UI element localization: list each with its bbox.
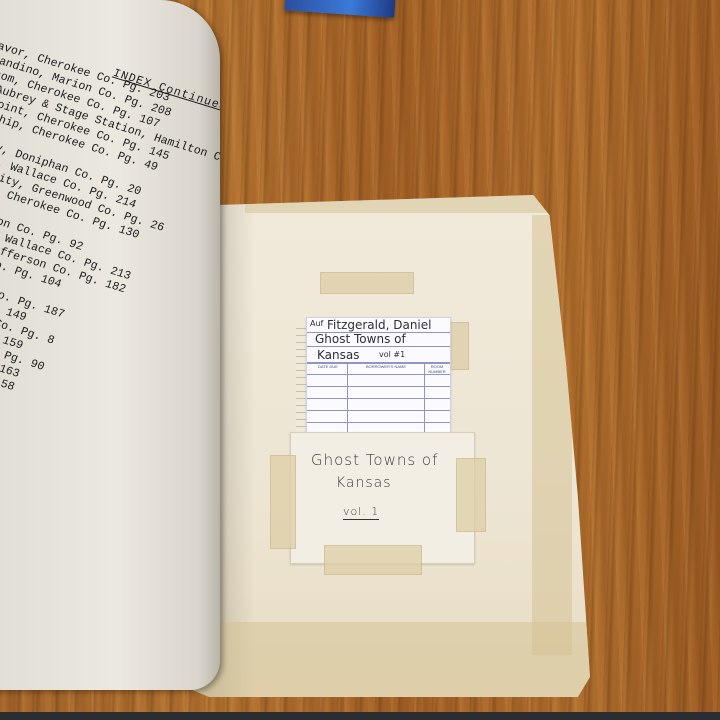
index-text: INDEX Continued avor, Cherokee Co. Pg. 2… [0, 40, 220, 690]
card-rule [307, 398, 450, 399]
table-edge [0, 712, 720, 720]
col-date-due: DATE DUE [311, 364, 345, 369]
tape-pocket-right [456, 458, 486, 532]
card-rule [307, 422, 450, 423]
index-page: INDEX Continued avor, Cherokee Co. Pg. 2… [0, 0, 220, 690]
index-entries: avor, Cherokee Co. Pg. 203randino, Mario… [0, 40, 220, 690]
card-rule [307, 410, 450, 411]
card-rule [307, 346, 450, 347]
pocket-volume: vol. 1 [343, 505, 379, 520]
card-rule [307, 374, 450, 375]
pocket-title-line1: Ghost Towns of [311, 451, 438, 469]
card-volume: vol #1 [379, 350, 405, 359]
pocket-title-line2: Kansas [336, 475, 392, 491]
tape-pocket-left [270, 455, 296, 549]
tape-pocket-bottom [324, 545, 422, 575]
card-rule [307, 386, 450, 387]
col-room: ROOM NUMBER [425, 364, 449, 374]
col-borrower: BORROWER'S NAME [349, 364, 423, 369]
cover-tape-bottom [185, 622, 590, 697]
card-title-line1: Ghost Towns of [315, 332, 406, 346]
tape-top [320, 272, 414, 294]
card-author-prefix: Auf [310, 319, 323, 328]
card-author: Fitzgerald, Daniel [327, 318, 431, 332]
due-date-card: Auf Fitzgerald, Daniel Ghost Towns of Ka… [306, 317, 451, 434]
card-title-line2: Kansas [317, 348, 359, 362]
